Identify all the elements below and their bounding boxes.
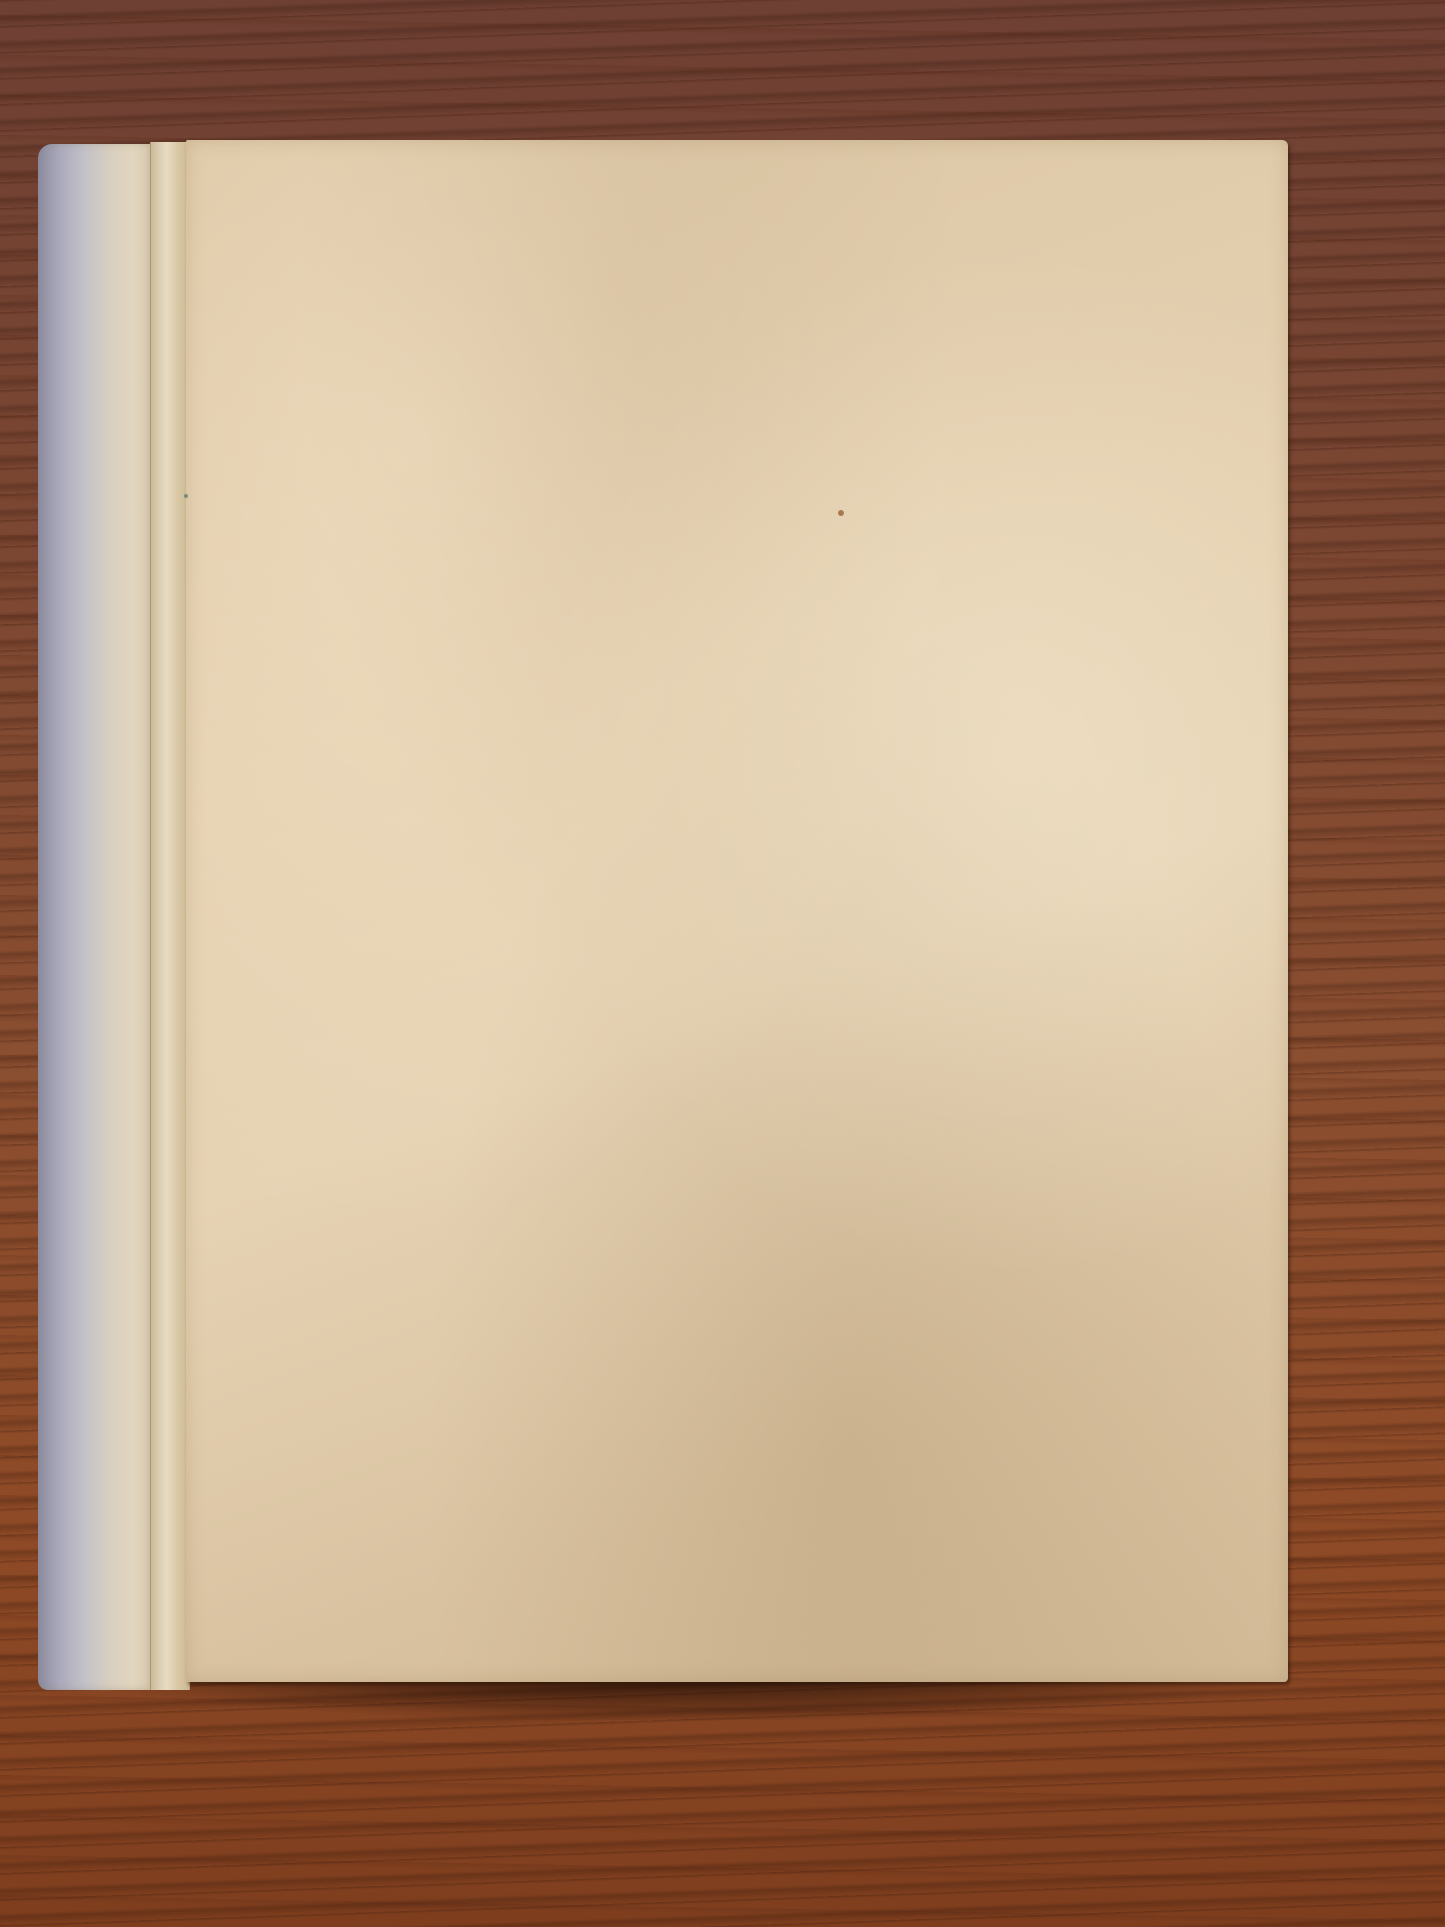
book-hinge <box>150 142 190 1690</box>
cover-stain <box>184 494 188 498</box>
book-cover <box>186 140 1288 1682</box>
cover-stain <box>838 510 844 516</box>
book <box>38 140 1288 1690</box>
book-spine <box>38 144 156 1690</box>
spine-handwriting <box>76 204 98 724</box>
